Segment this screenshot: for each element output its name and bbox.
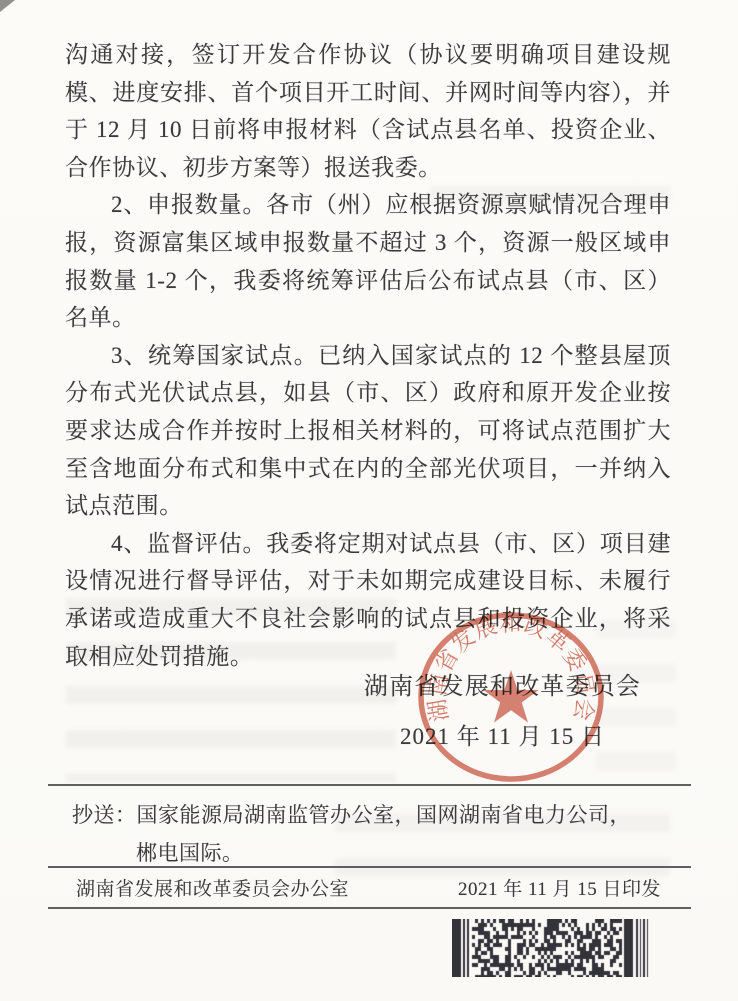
- document-page: 沟通对接，签订开发合作协议（协议要明确项目建设规模、进度安排、首个项目开工时间、…: [0, 0, 738, 1001]
- footer-divider-top: [48, 784, 691, 786]
- cc-block: 抄送：国家能源局湖南监管办公室，国网湖南省电力公司， 郴电国际。: [72, 796, 672, 872]
- cc-recipients-line1: 国家能源局湖南监管办公室，国网湖南省电力公司，: [137, 803, 632, 827]
- footer-divider-bottom: [48, 907, 691, 909]
- cc-label: 抄送：: [72, 803, 137, 827]
- paragraph-item-2: 2、申报数量。各市（州）应根据资源禀赋情况合理申报，资源富集区域申报数量不超过 …: [65, 186, 671, 336]
- document-body: 沟通对接，签订开发合作协议（协议要明确项目建设规模、进度安排、首个项目开工时间、…: [65, 36, 671, 675]
- paragraph-item-3: 3、统筹国家试点。已纳入国家试点的 12 个整县屋顶分布式光伏试点县，如县（市、…: [65, 337, 671, 525]
- footer-divider-middle: [48, 866, 691, 868]
- cc-line: 抄送：国家能源局湖南监管办公室，国网湖南省电力公司，: [72, 796, 672, 834]
- issuing-office: 湖南省发展和改革委员会办公室: [76, 876, 349, 903]
- star-icon: [483, 670, 538, 723]
- print-date: 2021 年 11 月 15 日印发: [458, 876, 661, 903]
- official-seal: 湖南省发展和改革委员会: [404, 601, 618, 793]
- scan-corner-artifact: [0, 0, 15, 12]
- paragraph-continuation: 沟通对接，签订开发合作协议（协议要明确项目建设规模、进度安排、首个项目开工时间、…: [65, 36, 671, 186]
- barcode: [452, 919, 650, 977]
- imprint-row: 湖南省发展和改革委员会办公室 2021 年 11 月 15 日印发: [48, 876, 691, 903]
